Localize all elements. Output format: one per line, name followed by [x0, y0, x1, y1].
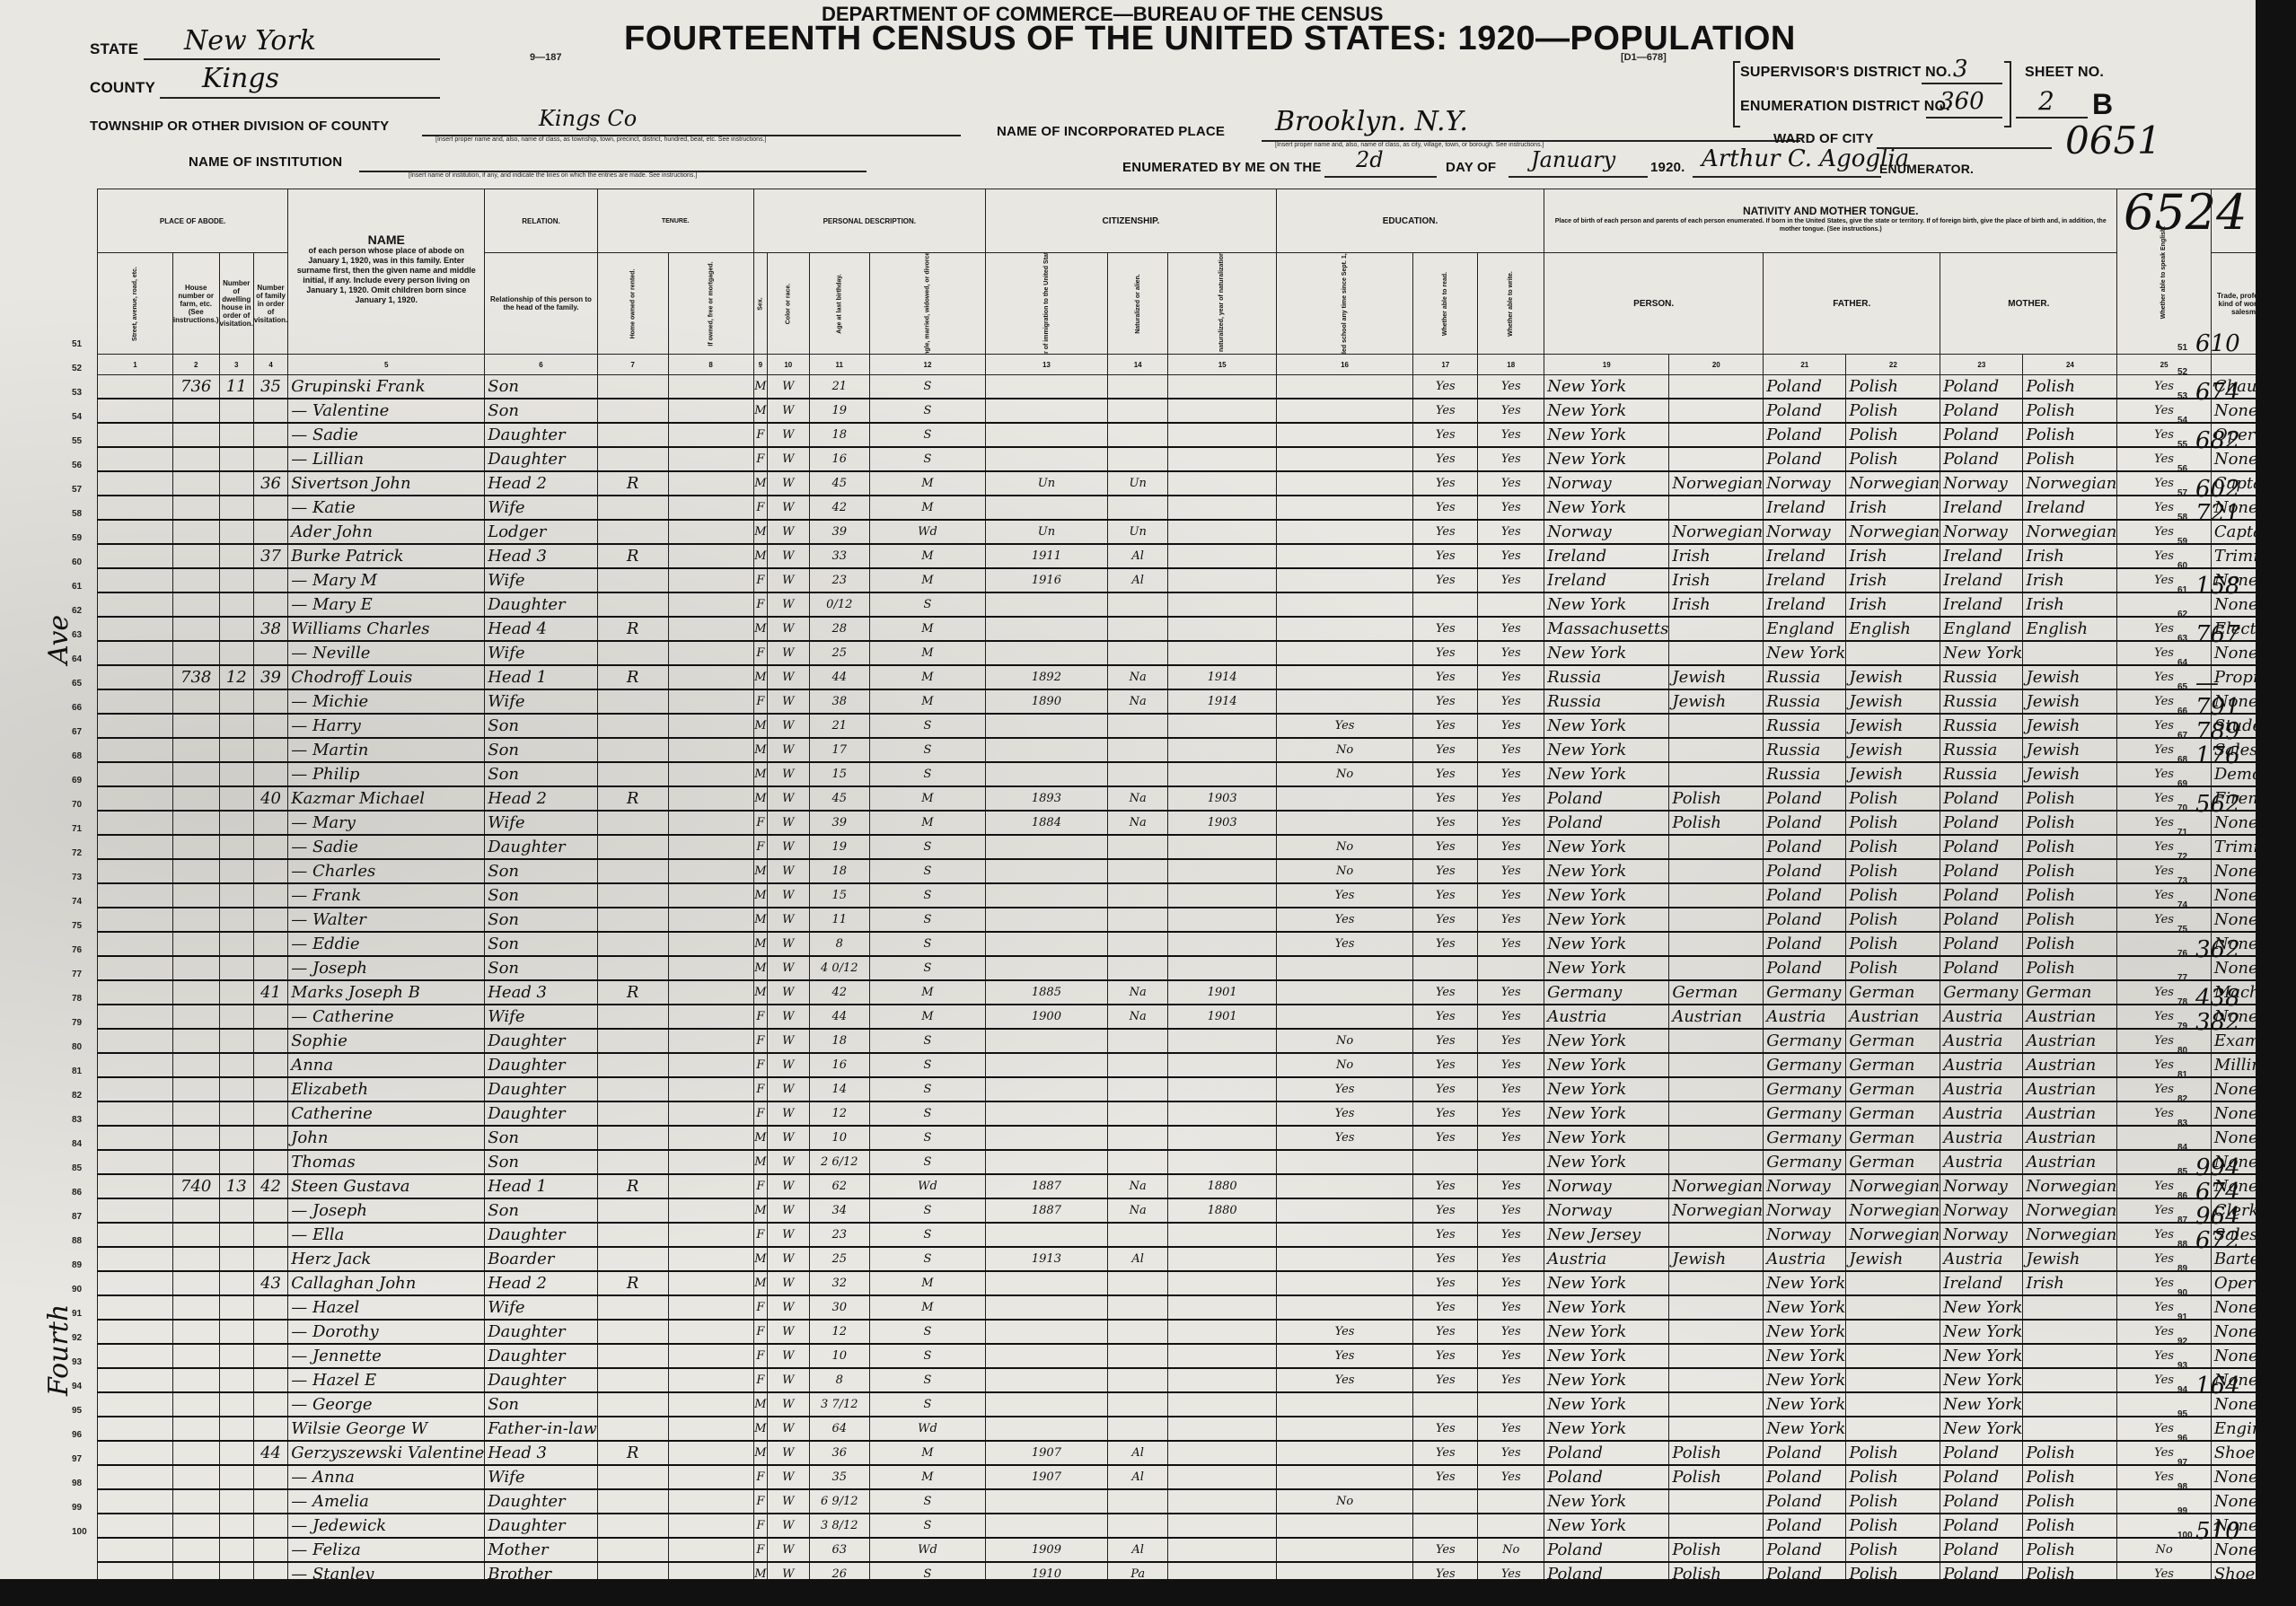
cell-sex: F	[753, 1029, 767, 1053]
cell-mother-pob: Russia	[1940, 689, 2023, 714]
cell-naturalized	[1107, 1368, 1168, 1392]
cell-family	[253, 1465, 287, 1489]
census-row: — CharlesSonMW18SNoYesYesNew YorkPolandP…	[98, 859, 2296, 883]
cell-father-tongue	[1846, 1320, 1940, 1344]
cell-tenure	[597, 568, 668, 592]
cell-mortgage	[668, 883, 753, 908]
cell-street	[98, 375, 173, 399]
cell-father-tongue: Irish	[1846, 592, 1940, 617]
cell-marital: S	[869, 1101, 985, 1126]
census-row: — KatieWifeFW42MYesYesNew YorkIrelandIri…	[98, 496, 2296, 520]
cell-street	[98, 689, 173, 714]
cell-pob: New York	[1544, 1077, 1669, 1101]
cell-tenure	[597, 932, 668, 956]
cell-family	[253, 883, 287, 908]
cell-marital: S	[869, 1053, 985, 1077]
cell-relation: Son	[485, 738, 598, 762]
line-number-left: 77	[72, 970, 82, 979]
cell-relation: Daughter	[485, 1514, 598, 1538]
cell-mortgage	[668, 617, 753, 641]
cell-nat-year	[1168, 447, 1276, 471]
line-number-right: 81	[2177, 1070, 2187, 1080]
line-number-right: 100	[2177, 1531, 2193, 1540]
cell-dwelling	[219, 568, 253, 592]
cell-name: — Katie	[288, 496, 485, 520]
cell-nat-year	[1168, 1101, 1276, 1126]
cell-color: W	[768, 908, 810, 932]
col-number-23: 23	[1940, 355, 2023, 375]
cell-mother-tongue	[2023, 1344, 2117, 1368]
cell-family: 35	[253, 375, 287, 399]
county-label: COUNTY	[90, 79, 155, 97]
line-number-left: 61	[72, 582, 82, 592]
cell-dwelling	[219, 1029, 253, 1053]
cell-dwelling	[219, 617, 253, 641]
cell-dwelling	[219, 1223, 253, 1247]
census-row: — AmeliaDaughterFW6 9/12SNoNew YorkPolan…	[98, 1489, 2296, 1514]
cell-naturalized	[1107, 1126, 1168, 1150]
cell-naturalized	[1107, 423, 1168, 447]
cell-school	[1276, 665, 1412, 689]
cell-street	[98, 592, 173, 617]
cell-pob: Norway	[1544, 520, 1669, 544]
cell-street	[98, 1538, 173, 1562]
census-row: — LillianDaughterFW16SYesYesNew YorkPola…	[98, 447, 2296, 471]
cell-relation: Son	[485, 932, 598, 956]
cell-tenure	[597, 1150, 668, 1174]
cell-mortgage	[668, 399, 753, 423]
cell-nat-year	[1168, 1029, 1276, 1053]
cell-school: Yes	[1276, 1077, 1412, 1101]
line-number-left: 65	[72, 679, 82, 689]
cell-school: No	[1276, 1053, 1412, 1077]
line-number-left: 89	[72, 1260, 82, 1270]
cell-marital: S	[869, 714, 985, 738]
cell-naturalized	[1107, 1417, 1168, 1441]
line-number-left: 58	[72, 509, 82, 519]
cell-mother-tongue: Irish	[2023, 544, 2117, 568]
cell-age: 14	[809, 1077, 869, 1101]
cell-mother-tongue: Jewish	[2023, 689, 2117, 714]
cell-street	[98, 956, 173, 980]
cell-family	[253, 1029, 287, 1053]
cell-tenure: R	[597, 1271, 668, 1295]
cell-sex: M	[753, 1198, 767, 1223]
cell-school	[1276, 980, 1412, 1005]
cell-marital: S	[869, 1150, 985, 1174]
line-number-left: 55	[72, 436, 82, 446]
cell-mortgage	[668, 1271, 753, 1295]
form-code: [D1—678]	[1621, 52, 1667, 63]
cell-write: Yes	[1478, 1295, 1544, 1320]
cell-family	[253, 1320, 287, 1344]
margin-annotation: 791	[2195, 694, 2240, 721]
cell-father-pob: Poland	[1764, 375, 1846, 399]
cell-pob: New York	[1544, 1126, 1669, 1150]
margin-annotation: 674	[2195, 379, 2240, 406]
cell-age: 63	[809, 1538, 869, 1562]
cell-school: No	[1276, 738, 1412, 762]
line-number-left: 68	[72, 751, 82, 761]
cell-mortgage	[668, 811, 753, 835]
cell-street	[98, 1417, 173, 1441]
cell-naturalized: Un	[1107, 471, 1168, 496]
cell-mother-pob: Poland	[1940, 1489, 2023, 1514]
cell-dwelling	[219, 786, 253, 811]
cell-tongue: Norwegian	[1669, 471, 1764, 496]
cell-pob: New York	[1544, 1320, 1669, 1344]
cell-pob: New York	[1544, 1392, 1669, 1417]
line-number-right: 61	[2177, 585, 2187, 595]
cell-mortgage	[668, 1441, 753, 1465]
cell-father-tongue: Polish	[1846, 447, 1940, 471]
cell-write	[1478, 1489, 1544, 1514]
cell-mortgage	[668, 1101, 753, 1126]
cell-marital: S	[869, 932, 985, 956]
cell-father-tongue: Norwegian	[1846, 520, 1940, 544]
cell-name: John	[288, 1126, 485, 1150]
cell-family: 36	[253, 471, 287, 496]
cell-name: — Frank	[288, 883, 485, 908]
cell-relation: Daughter	[485, 1029, 598, 1053]
col-number-20: 20	[1669, 355, 1764, 375]
census-row: — SadieDaughterFW19SNoYesYesNew YorkPola…	[98, 835, 2296, 859]
cell-read	[1413, 1514, 1478, 1538]
cell-nat-year	[1168, 641, 1276, 665]
cell-mother-tongue: Polish	[2023, 375, 2117, 399]
state-label: STATE	[90, 40, 138, 58]
cell-immigration	[985, 1101, 1107, 1126]
cell-age: 45	[809, 471, 869, 496]
cell-nat-year: 1880	[1168, 1174, 1276, 1198]
cell-tongue	[1669, 1489, 1764, 1514]
cell-english: Yes	[2117, 1344, 2211, 1368]
cell-naturalized	[1107, 617, 1168, 641]
cell-read: Yes	[1413, 544, 1478, 568]
line-number-left: 95	[72, 1406, 82, 1416]
cell-street	[98, 665, 173, 689]
cell-house	[172, 1126, 219, 1150]
margin-annotation: 789	[2195, 718, 2240, 745]
cell-relation: Head 3	[485, 544, 598, 568]
cell-father-pob: New York	[1764, 1271, 1846, 1295]
cell-tongue	[1669, 1077, 1764, 1101]
cell-read: Yes	[1413, 1295, 1478, 1320]
cell-read: Yes	[1413, 447, 1478, 471]
cell-street	[98, 544, 173, 568]
cell-nat-year	[1168, 762, 1276, 786]
cell-relation: Son	[485, 1126, 598, 1150]
cell-street	[98, 762, 173, 786]
cell-immigration	[985, 956, 1107, 980]
cell-naturalized	[1107, 932, 1168, 956]
cell-english: Yes	[2117, 908, 2211, 932]
cell-immigration: 1913	[985, 1247, 1107, 1271]
cell-marital: S	[869, 447, 985, 471]
cell-tongue	[1669, 1295, 1764, 1320]
cell-name: Ader John	[288, 520, 485, 544]
cell-school	[1276, 1247, 1412, 1271]
cell-age: 45	[809, 786, 869, 811]
cell-father-tongue	[1846, 1368, 1940, 1392]
cell-age: 38	[809, 689, 869, 714]
cell-pob: New York	[1544, 1344, 1669, 1368]
cell-mother-pob: Russia	[1940, 714, 2023, 738]
cell-house	[172, 1005, 219, 1029]
cell-write: Yes	[1478, 1077, 1544, 1101]
cell-relation: Daughter	[485, 1489, 598, 1514]
cell-english	[2117, 1489, 2211, 1514]
cell-nat-year	[1168, 592, 1276, 617]
cell-street	[98, 1441, 173, 1465]
cell-mother-tongue: Polish	[2023, 956, 2117, 980]
cell-father-tongue: Norwegian	[1846, 1174, 1940, 1198]
cell-mother-pob: Ireland	[1940, 568, 2023, 592]
cell-tongue: Norwegian	[1669, 1198, 1764, 1223]
cell-color: W	[768, 883, 810, 908]
cell-nat-year	[1168, 1514, 1276, 1538]
cell-mortgage	[668, 859, 753, 883]
cell-color: W	[768, 738, 810, 762]
cell-dwelling	[219, 1077, 253, 1101]
cell-sex: F	[753, 1101, 767, 1126]
cell-pob: New York	[1544, 592, 1669, 617]
cell-tenure	[597, 859, 668, 883]
cell-naturalized	[1107, 592, 1168, 617]
cell-mother-tongue: Polish	[2023, 399, 2117, 423]
cell-nat-year	[1168, 956, 1276, 980]
cell-dwelling: 13	[219, 1174, 253, 1198]
cell-marital: S	[869, 1344, 985, 1368]
cell-house	[172, 835, 219, 859]
col-15-header: If naturalized, year of naturalization.	[1168, 253, 1276, 355]
cell-age: 8	[809, 932, 869, 956]
cell-mother-pob: England	[1940, 617, 2023, 641]
census-row: — Hazel EDaughterFW8SYesYesYesNew YorkNe…	[98, 1368, 2296, 1392]
cell-nat-year	[1168, 1271, 1276, 1295]
cell-pob: New York	[1544, 859, 1669, 883]
cell-mortgage	[668, 738, 753, 762]
cell-write: No	[1478, 1538, 1544, 1562]
cell-mother-pob: Austria	[1940, 1053, 2023, 1077]
col-number-4: 4	[253, 355, 287, 375]
line-number-left: 90	[72, 1285, 82, 1294]
column-number-row: 1234567891011121314151617181920212223242…	[98, 355, 2296, 375]
cell-father-pob: Ireland	[1764, 544, 1846, 568]
cell-immigration	[985, 641, 1107, 665]
cell-sex: F	[753, 1053, 767, 1077]
census-row: — MichieWifeFW38M1890Na1914YesYesRussiaJ…	[98, 689, 2296, 714]
cell-father-tongue: Polish	[1846, 859, 1940, 883]
cell-nat-year	[1168, 1247, 1276, 1271]
cell-father-pob: Poland	[1764, 786, 1846, 811]
cell-age: 3 7/12	[809, 1392, 869, 1417]
cell-street	[98, 811, 173, 835]
cell-name: — Michie	[288, 689, 485, 714]
cell-color: W	[768, 1150, 810, 1174]
col-11-header: Age at last birthday.	[809, 253, 869, 355]
cell-dwelling	[219, 1101, 253, 1126]
cell-dwelling	[219, 1295, 253, 1320]
cell-name: Herz Jack	[288, 1247, 485, 1271]
cell-dwelling	[219, 883, 253, 908]
cell-father-pob: Poland	[1764, 956, 1846, 980]
cell-sex: M	[753, 471, 767, 496]
cell-tenure	[597, 1029, 668, 1053]
cell-pob: Austria	[1544, 1005, 1669, 1029]
cell-naturalized: Na	[1107, 811, 1168, 835]
cell-school: Yes	[1276, 1368, 1412, 1392]
cell-naturalized	[1107, 762, 1168, 786]
cell-marital: M	[869, 811, 985, 835]
cell-immigration	[985, 835, 1107, 859]
cell-house	[172, 1441, 219, 1465]
cell-age: 25	[809, 1247, 869, 1271]
cell-nat-year	[1168, 423, 1276, 447]
cell-school	[1276, 568, 1412, 592]
cell-tenure	[597, 496, 668, 520]
cell-father-pob: Russia	[1764, 762, 1846, 786]
cell-marital: Wd	[869, 520, 985, 544]
cell-mortgage	[668, 1005, 753, 1029]
cell-father-pob: Poland	[1764, 399, 1846, 423]
name-heading: NAME	[288, 236, 484, 244]
cell-color: W	[768, 956, 810, 980]
line-number-right: 79	[2177, 1022, 2187, 1031]
cell-dwelling	[219, 689, 253, 714]
cell-marital: Wd	[869, 1417, 985, 1441]
cell-house	[172, 544, 219, 568]
cell-school	[1276, 520, 1412, 544]
cell-read: Yes	[1413, 1077, 1478, 1101]
enumerated-day: 2d	[1356, 147, 1384, 172]
cell-tongue: Norwegian	[1669, 520, 1764, 544]
cell-dwelling: 11	[219, 375, 253, 399]
cell-age: 11	[809, 908, 869, 932]
cell-relation: Head 2	[485, 471, 598, 496]
cell-school	[1276, 1465, 1412, 1489]
cell-read: Yes	[1413, 1320, 1478, 1344]
col-number-18: 18	[1478, 355, 1544, 375]
cell-color: W	[768, 1174, 810, 1198]
cell-mother-tongue: Austrian	[2023, 1053, 2117, 1077]
cell-sex: F	[753, 1368, 767, 1392]
form-number: 9—187	[530, 52, 561, 63]
cell-color: W	[768, 714, 810, 738]
cell-write: Yes	[1478, 520, 1544, 544]
cell-street	[98, 1005, 173, 1029]
cell-father-pob: Poland	[1764, 1538, 1846, 1562]
cell-color: W	[768, 1344, 810, 1368]
cell-naturalized	[1107, 496, 1168, 520]
cell-family	[253, 1514, 287, 1538]
cell-house: 736	[172, 375, 219, 399]
cell-relation: Son	[485, 1198, 598, 1223]
line-number-right: 70	[2177, 803, 2187, 813]
cell-marital: M	[869, 641, 985, 665]
cell-immigration	[985, 762, 1107, 786]
cell-color: W	[768, 1538, 810, 1562]
cell-mother-pob: New York	[1940, 1392, 2023, 1417]
cell-tenure	[597, 520, 668, 544]
col-16-header: Attended school any time since Sept. 1, …	[1276, 253, 1412, 355]
cell-age: 0/12	[809, 592, 869, 617]
cell-mother-pob: Norway	[1940, 1223, 2023, 1247]
cell-marital: S	[869, 1198, 985, 1223]
cell-write	[1478, 1392, 1544, 1417]
cell-sex: F	[753, 423, 767, 447]
cell-house	[172, 956, 219, 980]
cell-age: 10	[809, 1344, 869, 1368]
cell-name: — Hazel	[288, 1295, 485, 1320]
cell-age: 44	[809, 665, 869, 689]
cell-street	[98, 883, 173, 908]
stamp-number-1: 0651	[2065, 118, 2161, 162]
margin-annotation: 510	[2195, 1518, 2240, 1545]
cell-sex: F	[753, 641, 767, 665]
cell-mother-pob: Norway	[1940, 1198, 2023, 1223]
cell-father-tongue: Polish	[1846, 423, 1940, 447]
cell-name: — Joseph	[288, 956, 485, 980]
cell-naturalized	[1107, 859, 1168, 883]
cell-marital: M	[869, 544, 985, 568]
cell-father-pob: Austria	[1764, 1005, 1846, 1029]
cell-age: 16	[809, 447, 869, 471]
cell-tongue	[1669, 1514, 1764, 1538]
cell-family	[253, 568, 287, 592]
cell-name: Kazmar Michael	[288, 786, 485, 811]
cell-nat-year	[1168, 399, 1276, 423]
cell-read: Yes	[1413, 762, 1478, 786]
cell-mother-tongue: Jewish	[2023, 738, 2117, 762]
census-row: — HazelWifeFW30MYesYesNew YorkNew YorkNe…	[98, 1295, 2296, 1320]
cell-pob: Poland	[1544, 1465, 1669, 1489]
cell-family: 42	[253, 1174, 287, 1198]
cell-father-tongue: Jewish	[1846, 665, 1940, 689]
cell-tongue: Polish	[1669, 1441, 1764, 1465]
cell-sex: F	[753, 1223, 767, 1247]
census-row: 38Williams CharlesHead 4RMW28MYesYesMass…	[98, 617, 2296, 641]
cell-tongue	[1669, 1344, 1764, 1368]
cell-read: Yes	[1413, 1223, 1478, 1247]
cell-tenure	[597, 689, 668, 714]
cell-mother-tongue: Norwegian	[2023, 1174, 2117, 1198]
cell-sex: M	[753, 859, 767, 883]
county-value: Kings	[202, 63, 279, 94]
cell-name: — Jennette	[288, 1344, 485, 1368]
cell-immigration	[985, 1271, 1107, 1295]
cell-write	[1478, 1514, 1544, 1538]
line-number-left: 80	[72, 1042, 82, 1052]
cell-color: W	[768, 1029, 810, 1053]
cell-school	[1276, 786, 1412, 811]
cell-sex: F	[753, 1465, 767, 1489]
cell-write: Yes	[1478, 375, 1544, 399]
cell-marital: M	[869, 1005, 985, 1029]
cell-immigration	[985, 1295, 1107, 1320]
cell-street	[98, 714, 173, 738]
cell-naturalized	[1107, 1101, 1168, 1126]
line-number-left: 79	[72, 1018, 82, 1028]
col-number-3: 3	[219, 355, 253, 375]
cell-name: Steen Gustava	[288, 1174, 485, 1198]
cell-pob: New York	[1544, 932, 1669, 956]
cell-house	[172, 617, 219, 641]
cell-mother-pob: Poland	[1940, 375, 2023, 399]
line-number-left: 76	[72, 945, 82, 955]
cell-relation: Head 2	[485, 1271, 598, 1295]
cell-relation: Son	[485, 859, 598, 883]
